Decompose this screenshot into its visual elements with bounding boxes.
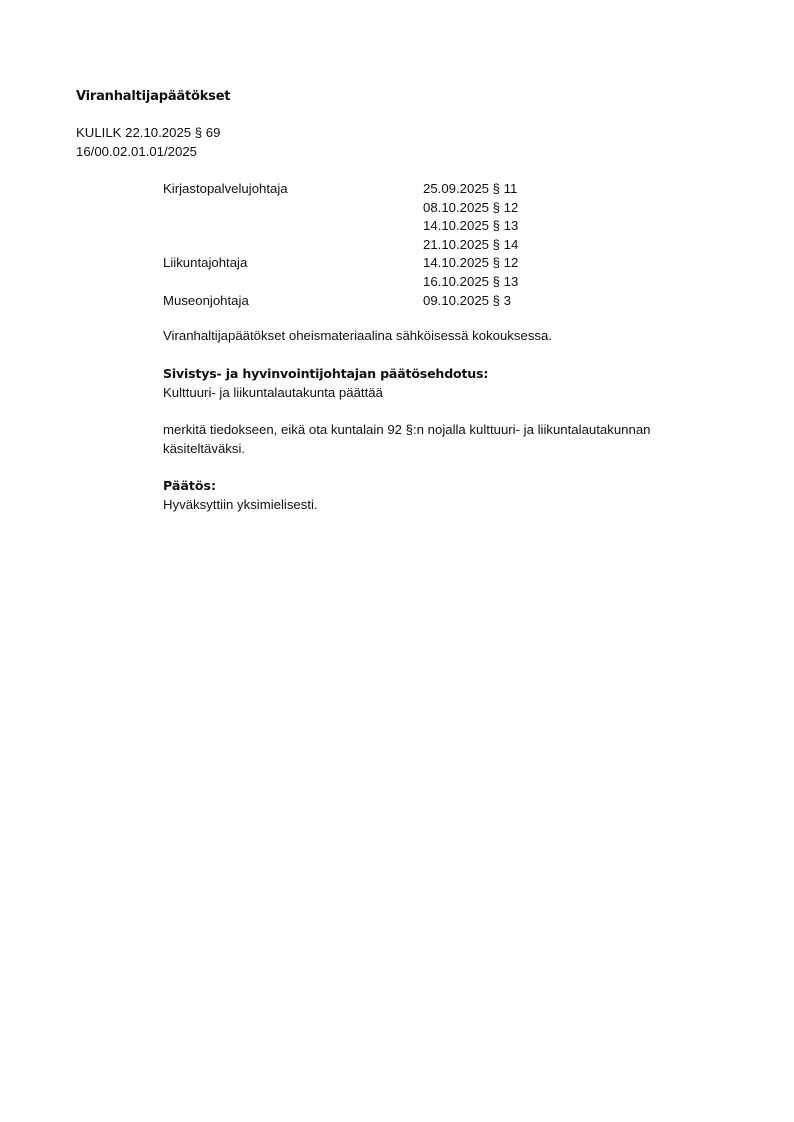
official-name: Museonjohtaja — [163, 292, 249, 311]
proposal-intro: Kulttuuri- ja liikuntalautakunta päättää — [163, 384, 383, 403]
attachment-note: Viranhaltijapäätökset oheismateriaalina … — [163, 327, 552, 346]
proposal-text-line-1: merkitä tiedokseen, eikä ota kuntalain 9… — [163, 421, 651, 440]
decision-date: 09.10.2025 § 3 — [423, 292, 511, 311]
official-name: Liikuntajohtaja — [163, 254, 247, 273]
decision-date: 14.10.2025 § 13 — [423, 217, 518, 236]
meeting-reference: KULILK 22.10.2025 § 69 — [76, 124, 220, 143]
decision-date: 14.10.2025 § 12 — [423, 254, 518, 273]
official-name: Kirjastopalvelujohtaja — [163, 180, 288, 199]
decision-date: 16.10.2025 § 13 — [423, 273, 518, 292]
proposal-text-line-2: käsiteltäväksi. — [163, 440, 245, 459]
decision-date: 21.10.2025 § 14 — [423, 236, 518, 255]
decision-heading: Päätös: — [163, 477, 216, 496]
proposal-heading: Sivistys- ja hyvinvointijohtajan päätöse… — [163, 365, 488, 384]
decision-date: 25.09.2025 § 11 — [423, 180, 517, 199]
document-title: Viranhaltijapäätökset — [76, 88, 230, 107]
record-number: 16/00.02.01.01/2025 — [76, 143, 197, 162]
decision-date: 08.10.2025 § 12 — [423, 199, 518, 218]
decision-text: Hyväksyttiin yksimielisesti. — [163, 496, 318, 515]
